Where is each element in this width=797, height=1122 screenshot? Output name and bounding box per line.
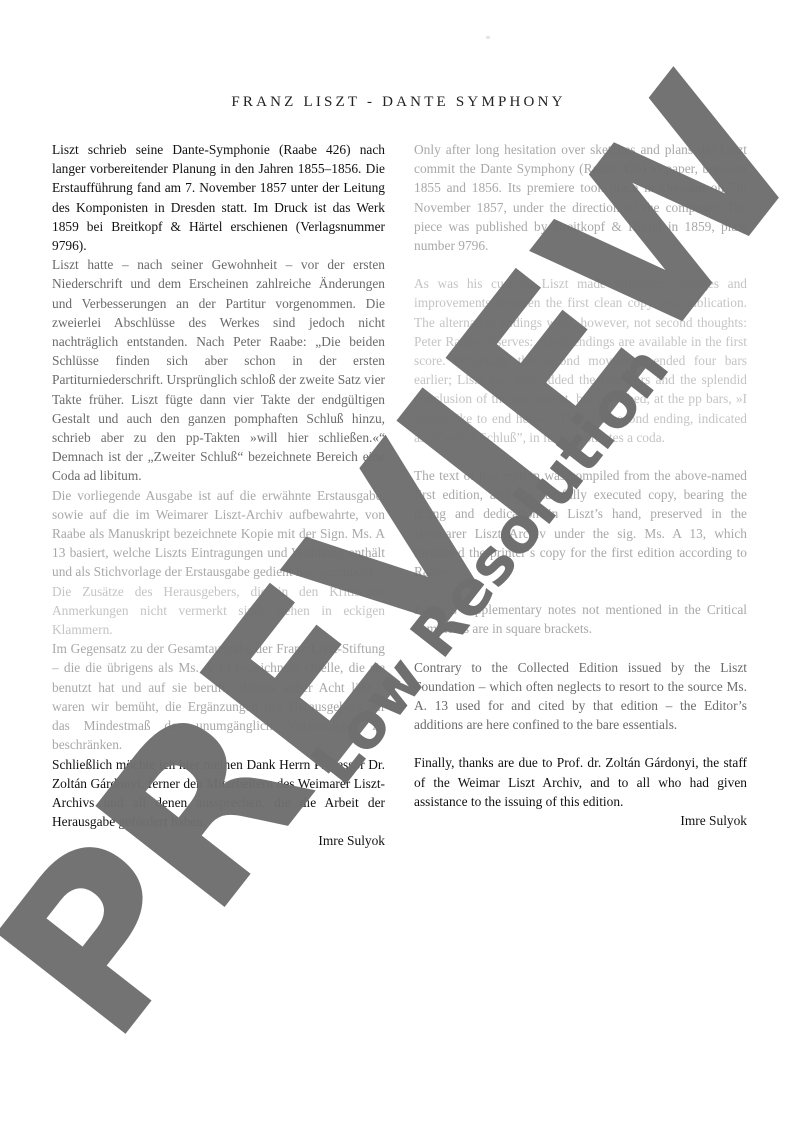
english-paragraph-6: Finally, thanks are due to Prof. dr. Zol…: [414, 753, 747, 811]
page-title: FRANZ LISZT - DANTE SYMPHONY: [0, 94, 797, 111]
english-paragraph-1: Only after long hesitation over sketches…: [414, 140, 747, 255]
english-paragraph-3: The text of this edition was compiled fr…: [414, 466, 747, 581]
german-signature: Imre Sulyok: [52, 831, 385, 850]
english-paragraph-4: Editor’s supplementary notes not mention…: [414, 600, 747, 638]
english-paragraph-5: Contrary to the Collected Edition issued…: [414, 658, 747, 735]
german-paragraph-6: Schließlich möchte ich hier meinen Dank …: [52, 755, 385, 832]
german-paragraph-4: Die Zusätze des Herausgebers, die in den…: [52, 582, 385, 640]
english-paragraph-2: As was his custom, Liszt made numerous c…: [414, 274, 747, 447]
scan-speck: [486, 36, 490, 39]
german-paragraph-1: Liszt schrieb seine Dante-Symphonie (Raa…: [52, 140, 385, 255]
english-column: Only after long hesitation over sketches…: [414, 140, 747, 830]
document-page: FRANZ LISZT - DANTE SYMPHONY Liszt schri…: [0, 0, 797, 1122]
german-paragraph-2: Liszt hatte – nach seiner Gewohnheit – v…: [52, 255, 385, 485]
german-column: Liszt schrieb seine Dante-Symphonie (Raa…: [52, 140, 385, 851]
german-paragraph-3: Die vorliegende Ausgabe ist auf die erwä…: [52, 486, 385, 582]
english-signature: Imre Sulyok: [414, 811, 747, 830]
german-paragraph-5: Im Gegensatz zu der Gesamtausgabe der Fr…: [52, 639, 385, 754]
